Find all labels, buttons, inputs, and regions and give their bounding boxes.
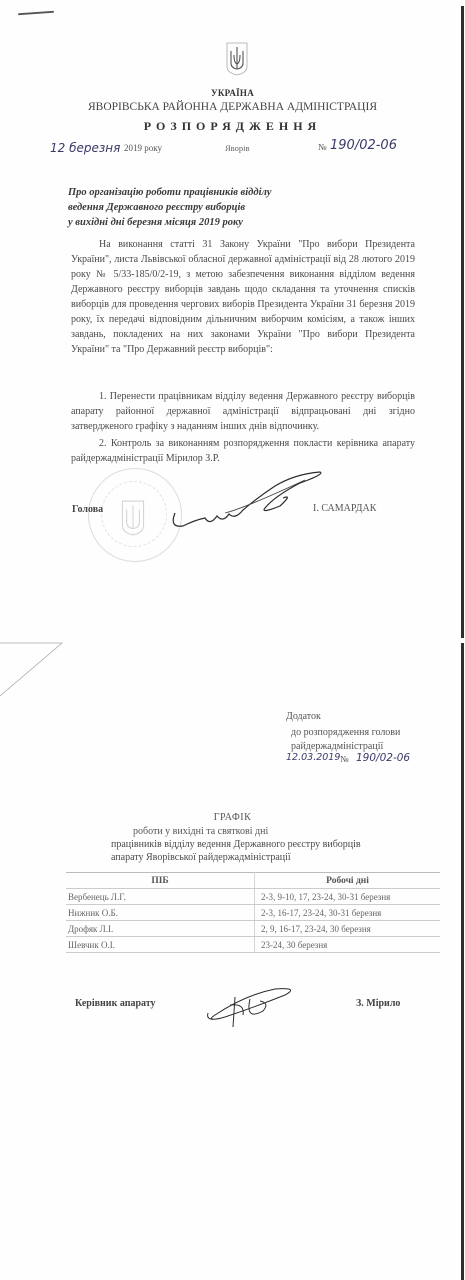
addendum-title: Додаток: [286, 711, 321, 722]
addendum-date-handwritten: 12.03.2019: [286, 752, 340, 763]
table-row: Вербенець Л.Г. 2-3, 9-10, 17, 23-24, 30-…: [66, 889, 440, 905]
subject-line: Про організацію роботи працівників відді…: [68, 185, 271, 200]
signatory-name: З. Мірило: [356, 998, 400, 1009]
addendum-number-label: №: [340, 754, 349, 764]
table-header-row: ПІБ Робочі дні: [66, 873, 440, 889]
signature-head-icon: [165, 468, 335, 538]
page-edge-bottom: [461, 643, 464, 1280]
employee-name: Дрофяк Л.І.: [66, 921, 255, 937]
employee-name: Нижник О.Б.: [66, 905, 255, 921]
country-title: УКРАЇНА: [0, 88, 465, 98]
schedule-subtitle-1: роботи у вихідні та святкові дні: [133, 826, 268, 837]
subject-line: у вихідні дні березня місяця 2019 року: [68, 215, 271, 230]
working-days: 2-3, 16-17, 23-24, 30-31 березня: [255, 905, 441, 921]
signatory-name: І. САМАРДАК: [313, 503, 376, 514]
order-item-2: 2. Контроль за виконанням розпорядження …: [71, 436, 415, 466]
working-days: 2, 9, 16-17, 23-24, 30 березня: [255, 921, 441, 937]
fold-mark: [0, 640, 64, 698]
signatory-position: Голова: [72, 504, 103, 515]
stamp-crest-icon: [120, 500, 146, 536]
table-row: Дрофяк Л.І. 2, 9, 16-17, 23-24, 30 берез…: [66, 921, 440, 937]
order-item-1: 1. Перенести працівникам відділу ведення…: [71, 389, 415, 434]
addendum-line-2: райдержадміністрації: [291, 741, 383, 752]
organization-title: ЯВОРІВСЬКА РАЙОННА ДЕРЖАВНА АДМІНІСТРАЦІ…: [0, 101, 465, 113]
order-year: 2019 року: [124, 143, 162, 153]
working-days: 2-3, 9-10, 17, 23-24, 30-31 березня: [255, 889, 441, 905]
preamble-paragraph: На виконання статті 31 Закону України "П…: [71, 237, 415, 357]
document-type: РОЗПОРЯДЖЕННЯ: [0, 119, 465, 134]
addendum-line-1: до розпорядження голови: [291, 727, 400, 738]
signatory-position: Керівник апарату: [75, 998, 156, 1009]
order-number-label: №: [318, 142, 327, 152]
order-number-handwritten: 190/02-06: [330, 138, 397, 153]
schedule-title: ГРАФІК: [0, 812, 465, 823]
schedule-subtitle-2: працівників відділу ведення Державного р…: [111, 839, 361, 850]
addendum-number-handwritten: 190/02-06: [356, 752, 410, 764]
order-place: Яворів: [225, 143, 250, 153]
working-days: 23-24, 30 березня: [255, 937, 441, 953]
table-row: Нижник О.Б. 2-3, 16-17, 23-24, 30-31 бер…: [66, 905, 440, 921]
subject-line: ведення Державного реєстру виборців: [68, 200, 271, 215]
employee-name: Вербенець Л.Г.: [66, 889, 255, 905]
table-row: Шевчик О.І. 23-24, 30 березня: [66, 937, 440, 953]
preamble-text: На виконання статті 31 Закону України "П…: [71, 239, 415, 355]
item-text: 1. Перенести працівникам відділу ведення…: [71, 391, 415, 432]
employee-name: Шевчик О.І.: [66, 937, 255, 953]
scan-pen-mark: [18, 11, 54, 16]
column-header-days: Робочі дні: [255, 873, 441, 889]
column-header-name: ПІБ: [66, 873, 255, 889]
item-text: 2. Контроль за виконанням розпорядження …: [71, 438, 415, 464]
signature-chief-icon: [205, 985, 300, 1030]
schedule-subtitle-3: апарату Яворівської райдержадміністрації: [111, 852, 291, 863]
order-date-handwritten: 12 березня: [50, 141, 120, 155]
order-subject: Про організацію роботи працівників відді…: [68, 185, 271, 230]
schedule-table: ПІБ Робочі дні Вербенець Л.Г. 2-3, 9-10,…: [66, 872, 440, 953]
coat-of-arms-icon: [226, 42, 248, 76]
